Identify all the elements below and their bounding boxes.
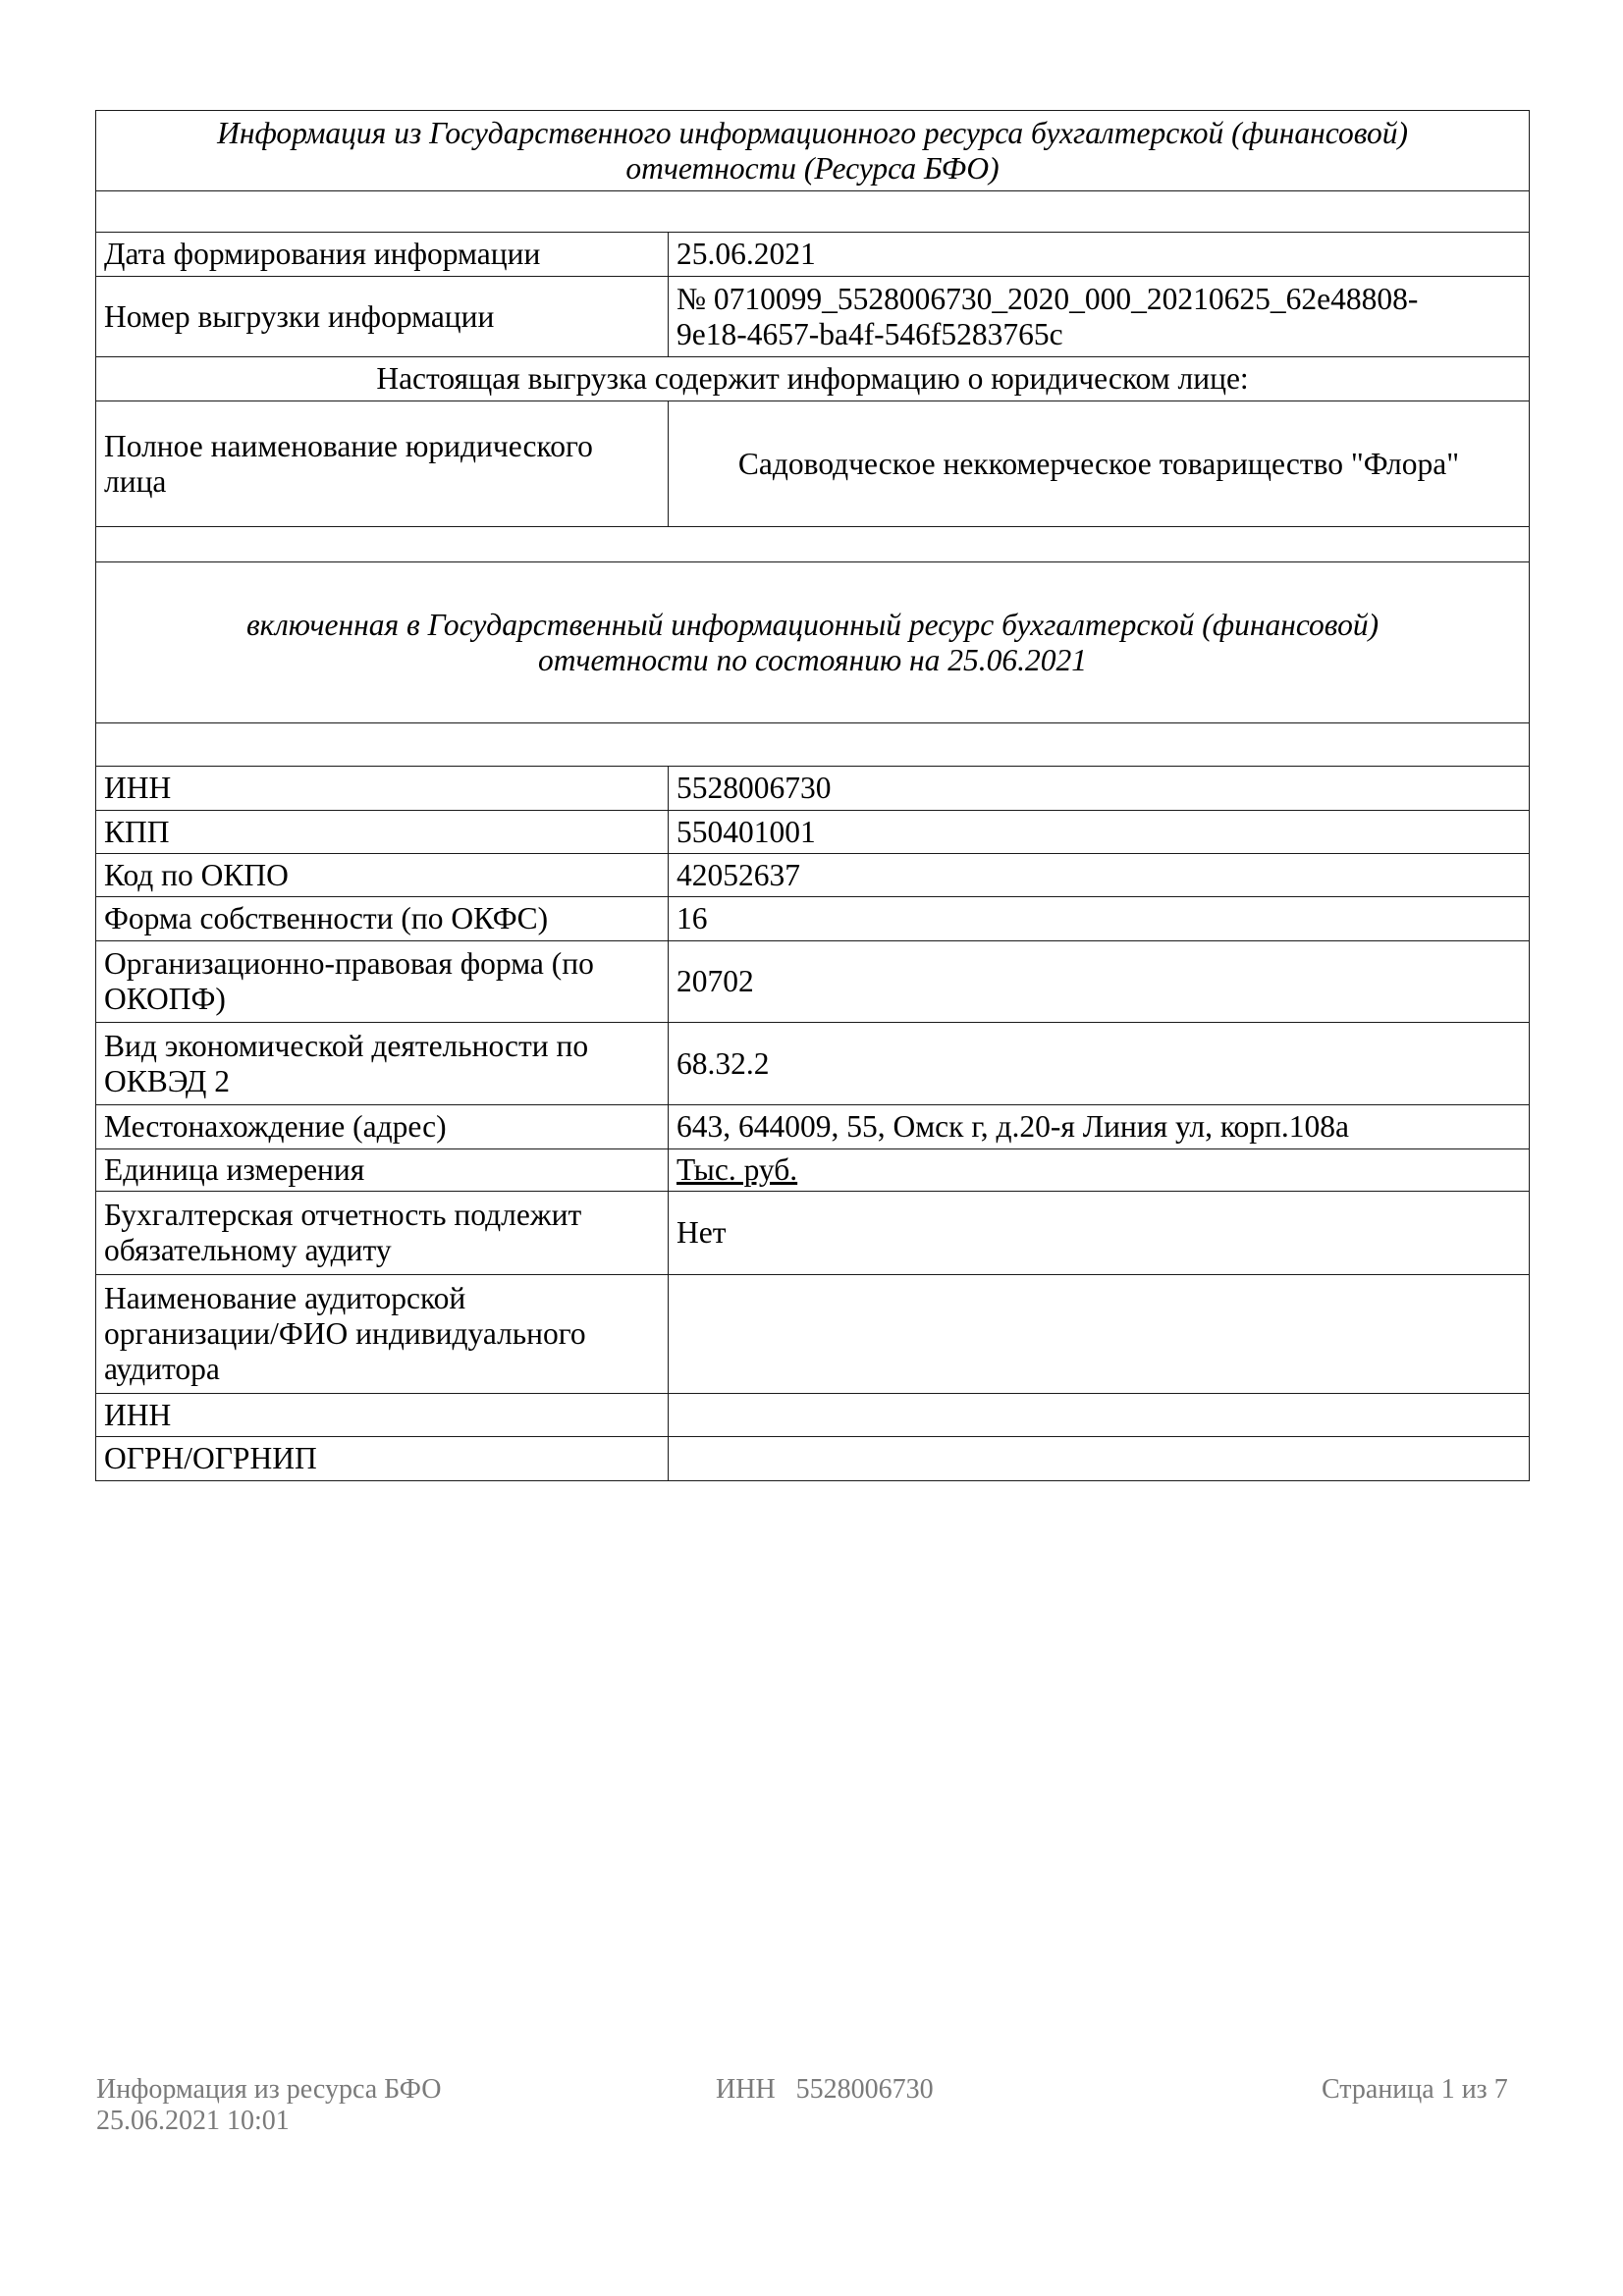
- row-value: 25.06.2021: [669, 233, 1530, 277]
- table-row: Вид экономической деятельности по ОКВЭД …: [96, 1023, 1530, 1105]
- bfo-info-sheet: Информация из Государственного информаци…: [95, 110, 1529, 1481]
- footer-inn: ИНН 5528006730: [716, 2074, 934, 2106]
- row-label: Наименование аудиторской организации/ФИО…: [96, 1275, 669, 1394]
- row-value: 68.32.2: [669, 1023, 1530, 1105]
- footer-inn-label: ИНН: [716, 2074, 776, 2105]
- spacer-row: [96, 191, 1530, 233]
- legal-name-value: Садоводческое неккомерческое товариществ…: [669, 401, 1530, 527]
- table-row: Наименование аудиторской организации/ФИО…: [96, 1275, 1530, 1394]
- row-value: [669, 1437, 1530, 1481]
- empty-cell: [96, 723, 1530, 767]
- row-label: Организационно-правовая форма (по ОКОПФ): [96, 941, 669, 1023]
- table-row: Дата формирования информации 25.06.2021: [96, 233, 1530, 277]
- row-value: 550401001: [669, 811, 1530, 854]
- row-label: Полное наименование юридического лица: [96, 401, 669, 527]
- table-row: Единица измерения Тыс. руб.: [96, 1149, 1530, 1192]
- row-label: Вид экономической деятельности по ОКВЭД …: [96, 1023, 669, 1105]
- table-row: ОГРН/ОГРНИП: [96, 1437, 1530, 1481]
- label-line: Организационно-правовая форма (по: [104, 946, 594, 981]
- table-row: Бухгалтерская отчетность подлежит обязат…: [96, 1192, 1530, 1275]
- label-line: ОКОПФ): [104, 982, 226, 1016]
- label-line: Бухгалтерская отчетность подлежит: [104, 1198, 581, 1232]
- table-row: Форма собственности (по ОКФС) 16: [96, 897, 1530, 941]
- spacer-row: [96, 527, 1530, 562]
- row-value: 5528006730: [669, 767, 1530, 811]
- footer-timestamp: 25.06.2021 10:01: [96, 2106, 442, 2137]
- document-title: Информация из Государственного информаци…: [96, 111, 1530, 191]
- table-row: Организационно-правовая форма (по ОКОПФ)…: [96, 941, 1530, 1023]
- included-notice: включенная в Государственный информацион…: [96, 562, 1530, 723]
- export-number-line2: 9e18-4657-ba4f-546f5283765c: [676, 317, 1063, 351]
- included-line2: отчетности по состоянию на 25.06.2021: [538, 643, 1087, 677]
- label-line: организации/ФИО индивидуального: [104, 1316, 586, 1351]
- label-line: обязательному аудиту: [104, 1233, 392, 1267]
- table-row: ИНН: [96, 1394, 1530, 1437]
- row-value: № 0710099_5528006730_2020_000_20210625_6…: [669, 277, 1530, 357]
- row-value: 42052637: [669, 854, 1530, 897]
- row-label: Бухгалтерская отчетность подлежит обязат…: [96, 1192, 669, 1275]
- empty-cell: [96, 191, 1530, 233]
- legal-name-label-line2: лица: [104, 464, 166, 499]
- row-label: КПП: [96, 811, 669, 854]
- table-row: Местонахождение (адрес) 643, 644009, 55,…: [96, 1105, 1530, 1149]
- footer-inn-value: 5528006730: [796, 2074, 934, 2105]
- footer-source: Информация из ресурса БФО: [96, 2074, 442, 2106]
- legal-name-label-line1: Полное наименование юридического: [104, 429, 593, 463]
- empty-cell: [96, 527, 1530, 562]
- label-line: Вид экономической деятельности по: [104, 1029, 588, 1063]
- row-label: ИНН: [96, 767, 669, 811]
- row-value: 16: [669, 897, 1530, 941]
- contains-notice: Настоящая выгрузка содержит информацию о…: [96, 357, 1530, 401]
- title-row: Информация из Государственного информаци…: [96, 111, 1530, 191]
- row-value: [669, 1394, 1530, 1437]
- table-row: КПП 550401001: [96, 811, 1530, 854]
- table-row: Код по ОКПО 42052637: [96, 854, 1530, 897]
- notice-row: Настоящая выгрузка содержит информацию о…: [96, 357, 1530, 401]
- row-label: Дата формирования информации: [96, 233, 669, 277]
- footer-left: Информация из ресурса БФО 25.06.2021 10:…: [96, 2074, 442, 2137]
- row-label: Форма собственности (по ОКФС): [96, 897, 669, 941]
- row-label: Код по ОКПО: [96, 854, 669, 897]
- table-row: Номер выгрузки информации № 0710099_5528…: [96, 277, 1530, 357]
- included-row: включенная в Государственный информацион…: [96, 562, 1530, 723]
- table-row: ИНН 5528006730: [96, 767, 1530, 811]
- row-label: Единица измерения: [96, 1149, 669, 1192]
- unit-value: Тыс. руб.: [669, 1149, 1530, 1192]
- row-value: 20702: [669, 941, 1530, 1023]
- label-line: аудитора: [104, 1352, 220, 1386]
- row-label: Номер выгрузки информации: [96, 277, 669, 357]
- bfo-info-table: Информация из Государственного информаци…: [95, 110, 1530, 1481]
- row-value: 643, 644009, 55, Омск г, д.20-я Линия ул…: [669, 1105, 1530, 1149]
- row-value: [669, 1275, 1530, 1394]
- row-label: ОГРН/ОГРНИП: [96, 1437, 669, 1481]
- row-label: Местонахождение (адрес): [96, 1105, 669, 1149]
- document-title-line2: отчетности (Ресурса БФО): [625, 151, 999, 186]
- row-value: Нет: [669, 1192, 1530, 1275]
- label-line: Наименование аудиторской: [104, 1281, 465, 1315]
- row-label: ИНН: [96, 1394, 669, 1437]
- spacer-row: [96, 723, 1530, 767]
- export-number-line1: № 0710099_5528006730_2020_000_20210625_6…: [676, 282, 1418, 316]
- footer-page-number: Страница 1 из 7: [1322, 2074, 1508, 2106]
- included-line1: включенная в Государственный информацион…: [246, 608, 1379, 642]
- document-title-line1: Информация из Государственного информаци…: [217, 116, 1408, 150]
- table-row: Полное наименование юридического лица Са…: [96, 401, 1530, 527]
- label-line: ОКВЭД 2: [104, 1064, 230, 1098]
